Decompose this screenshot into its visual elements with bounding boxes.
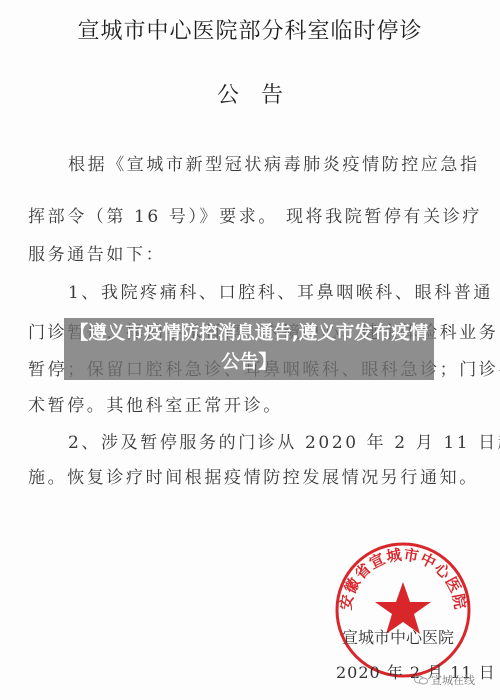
source-watermark: 宣城在线 [414, 672, 475, 688]
wechat-icon [414, 675, 428, 685]
paragraph-line: 2、涉及暂停服务的门诊从 2020 年 2 月 11 日起实 [68, 428, 500, 453]
paragraph-line: 根据《宣城市新型冠状病毒肺炎疫情防控应急指 [68, 150, 480, 175]
official-seal-icon: 安徽省宣城市中心医院 [333, 540, 473, 680]
paragraph-line: 术暂停。其他科室正常开诊。 [28, 391, 283, 416]
document-title: 宣城市中心医院部分科室临时停诊 [0, 14, 500, 45]
paragraph-line: 挥部令（第 16 号）》要求。 现将我院暂停有关诊疗 [28, 202, 482, 227]
paragraph-line: 1、我院疼痛科、口腔科、耳鼻咽喉科、眼科普通 [68, 278, 493, 303]
caption-text: 【遵义市疫情防控消息通告,遵义市发布疫情公告】 [64, 319, 434, 377]
signature-org: 宣城市中心医院 [342, 625, 454, 648]
paragraph-line: 服务通告如下： [28, 240, 165, 265]
paragraph-line: 施。恢复诊疗时间根据疫情防控发展情况另行通知。 [28, 463, 479, 488]
watermark-text: 宣城在线 [431, 672, 475, 688]
document-subtitle: 公告 [0, 78, 500, 109]
